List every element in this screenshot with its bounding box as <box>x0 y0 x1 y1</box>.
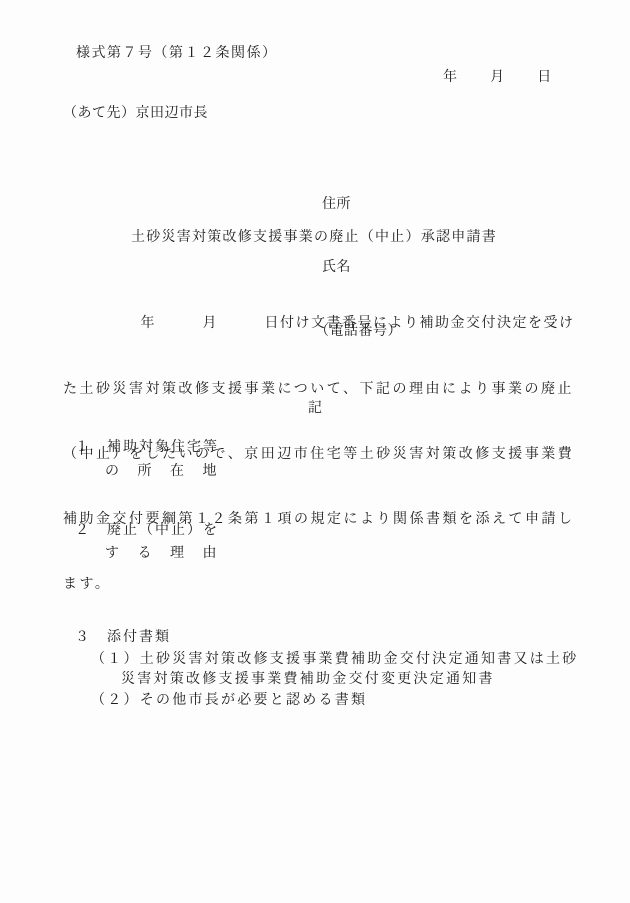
body-line-1: 年 月 日付け文書番号により補助金交付決定を受け <box>63 313 575 335</box>
body-line-2: た土砂災害対策改修支援事業について、下記の理由により事業の廃止 <box>63 379 575 401</box>
addressee: （あて先）京田辺市長 <box>63 106 208 121</box>
attachment-1-line1: （１）土砂災害対策改修支援事業費補助金交付決定通知書又は土砂 <box>91 652 579 667</box>
document-page: 様式第７号（第１２条関係） 年 月 日 （あて先）京田辺市長 住所 氏名 （電話… <box>0 0 630 903</box>
item-1-label-line2: の 所 在 地 <box>105 464 219 479</box>
record-marker: 記 <box>0 401 630 416</box>
date-line: 年 月 日 <box>443 70 553 85</box>
form-number: 様式第７号（第１２条関係） <box>76 46 278 61</box>
document-title: 土砂災害対策改修支援事業の廃止（中止）承認申請書 <box>131 230 497 245</box>
item-3-label: ３ 添付書類 <box>75 630 171 645</box>
item-1-label: １ 補助対象住宅等 <box>75 440 219 455</box>
applicant-address-label: 住所 <box>322 194 402 215</box>
item-2-label-line2: す る 理 由 <box>105 546 219 561</box>
attachment-1-line2: 災害対策改修支援事業費補助金交付変更決定通知書 <box>121 672 495 687</box>
item-2-label: ２ 廃止（中止）を <box>75 523 219 538</box>
attachment-2-line1: （２）その他市長が必要と認める書類 <box>91 693 367 708</box>
body-line-5: ます。 <box>63 574 575 596</box>
